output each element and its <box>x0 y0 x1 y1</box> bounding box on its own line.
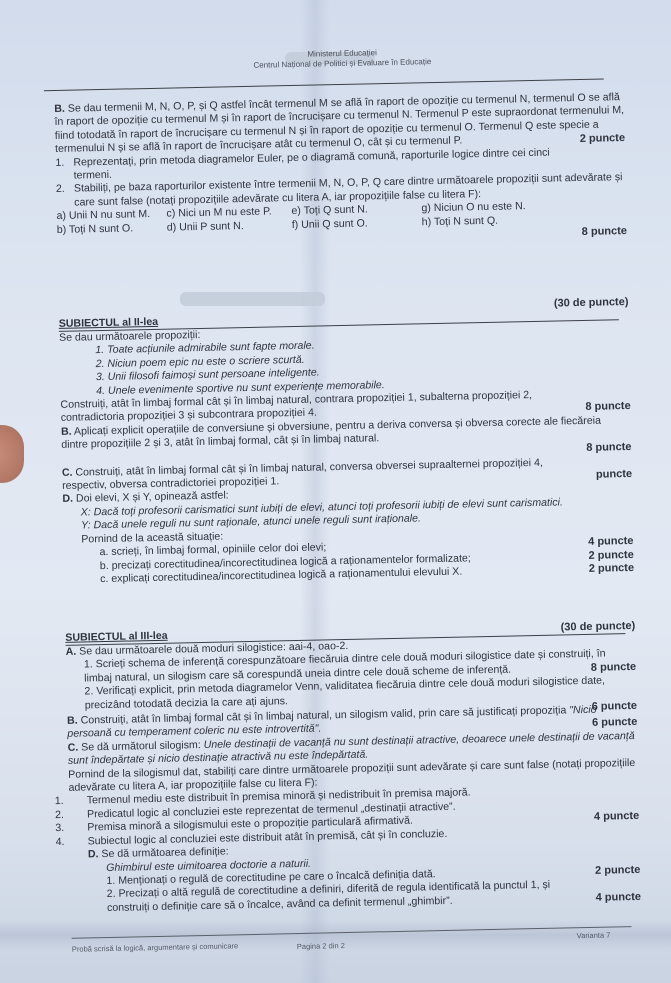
redaction-mark <box>180 292 325 306</box>
subject2-points: (30 de puncte) <box>554 296 629 311</box>
subject2-title: SUBIECTUL al II-lea <box>59 316 159 330</box>
page-number: Pagina 2 din 2 <box>297 939 345 953</box>
subject1-part-b: B. Se dau termenii M, N, O, P, și Q astf… <box>54 91 627 250</box>
footer-left: Probă scrisă la logică, argumentare și c… <box>72 939 239 956</box>
subject2: SUBIECTUL al II-lea (30 de puncte) Se da… <box>59 306 635 587</box>
thumb <box>0 425 24 483</box>
page-header: Ministerul Educației Centrul Național de… <box>253 47 431 71</box>
subject3: SUBIECTUL al III-lea (30 de puncte) A. S… <box>65 620 641 916</box>
subject3-title: SUBIECTUL al III-lea <box>65 630 167 644</box>
variant-label: Varianta 7 <box>577 929 611 943</box>
photo-background: Ministerul Educației Centrul Național de… <box>0 0 671 983</box>
points: 8 puncte <box>582 225 628 239</box>
